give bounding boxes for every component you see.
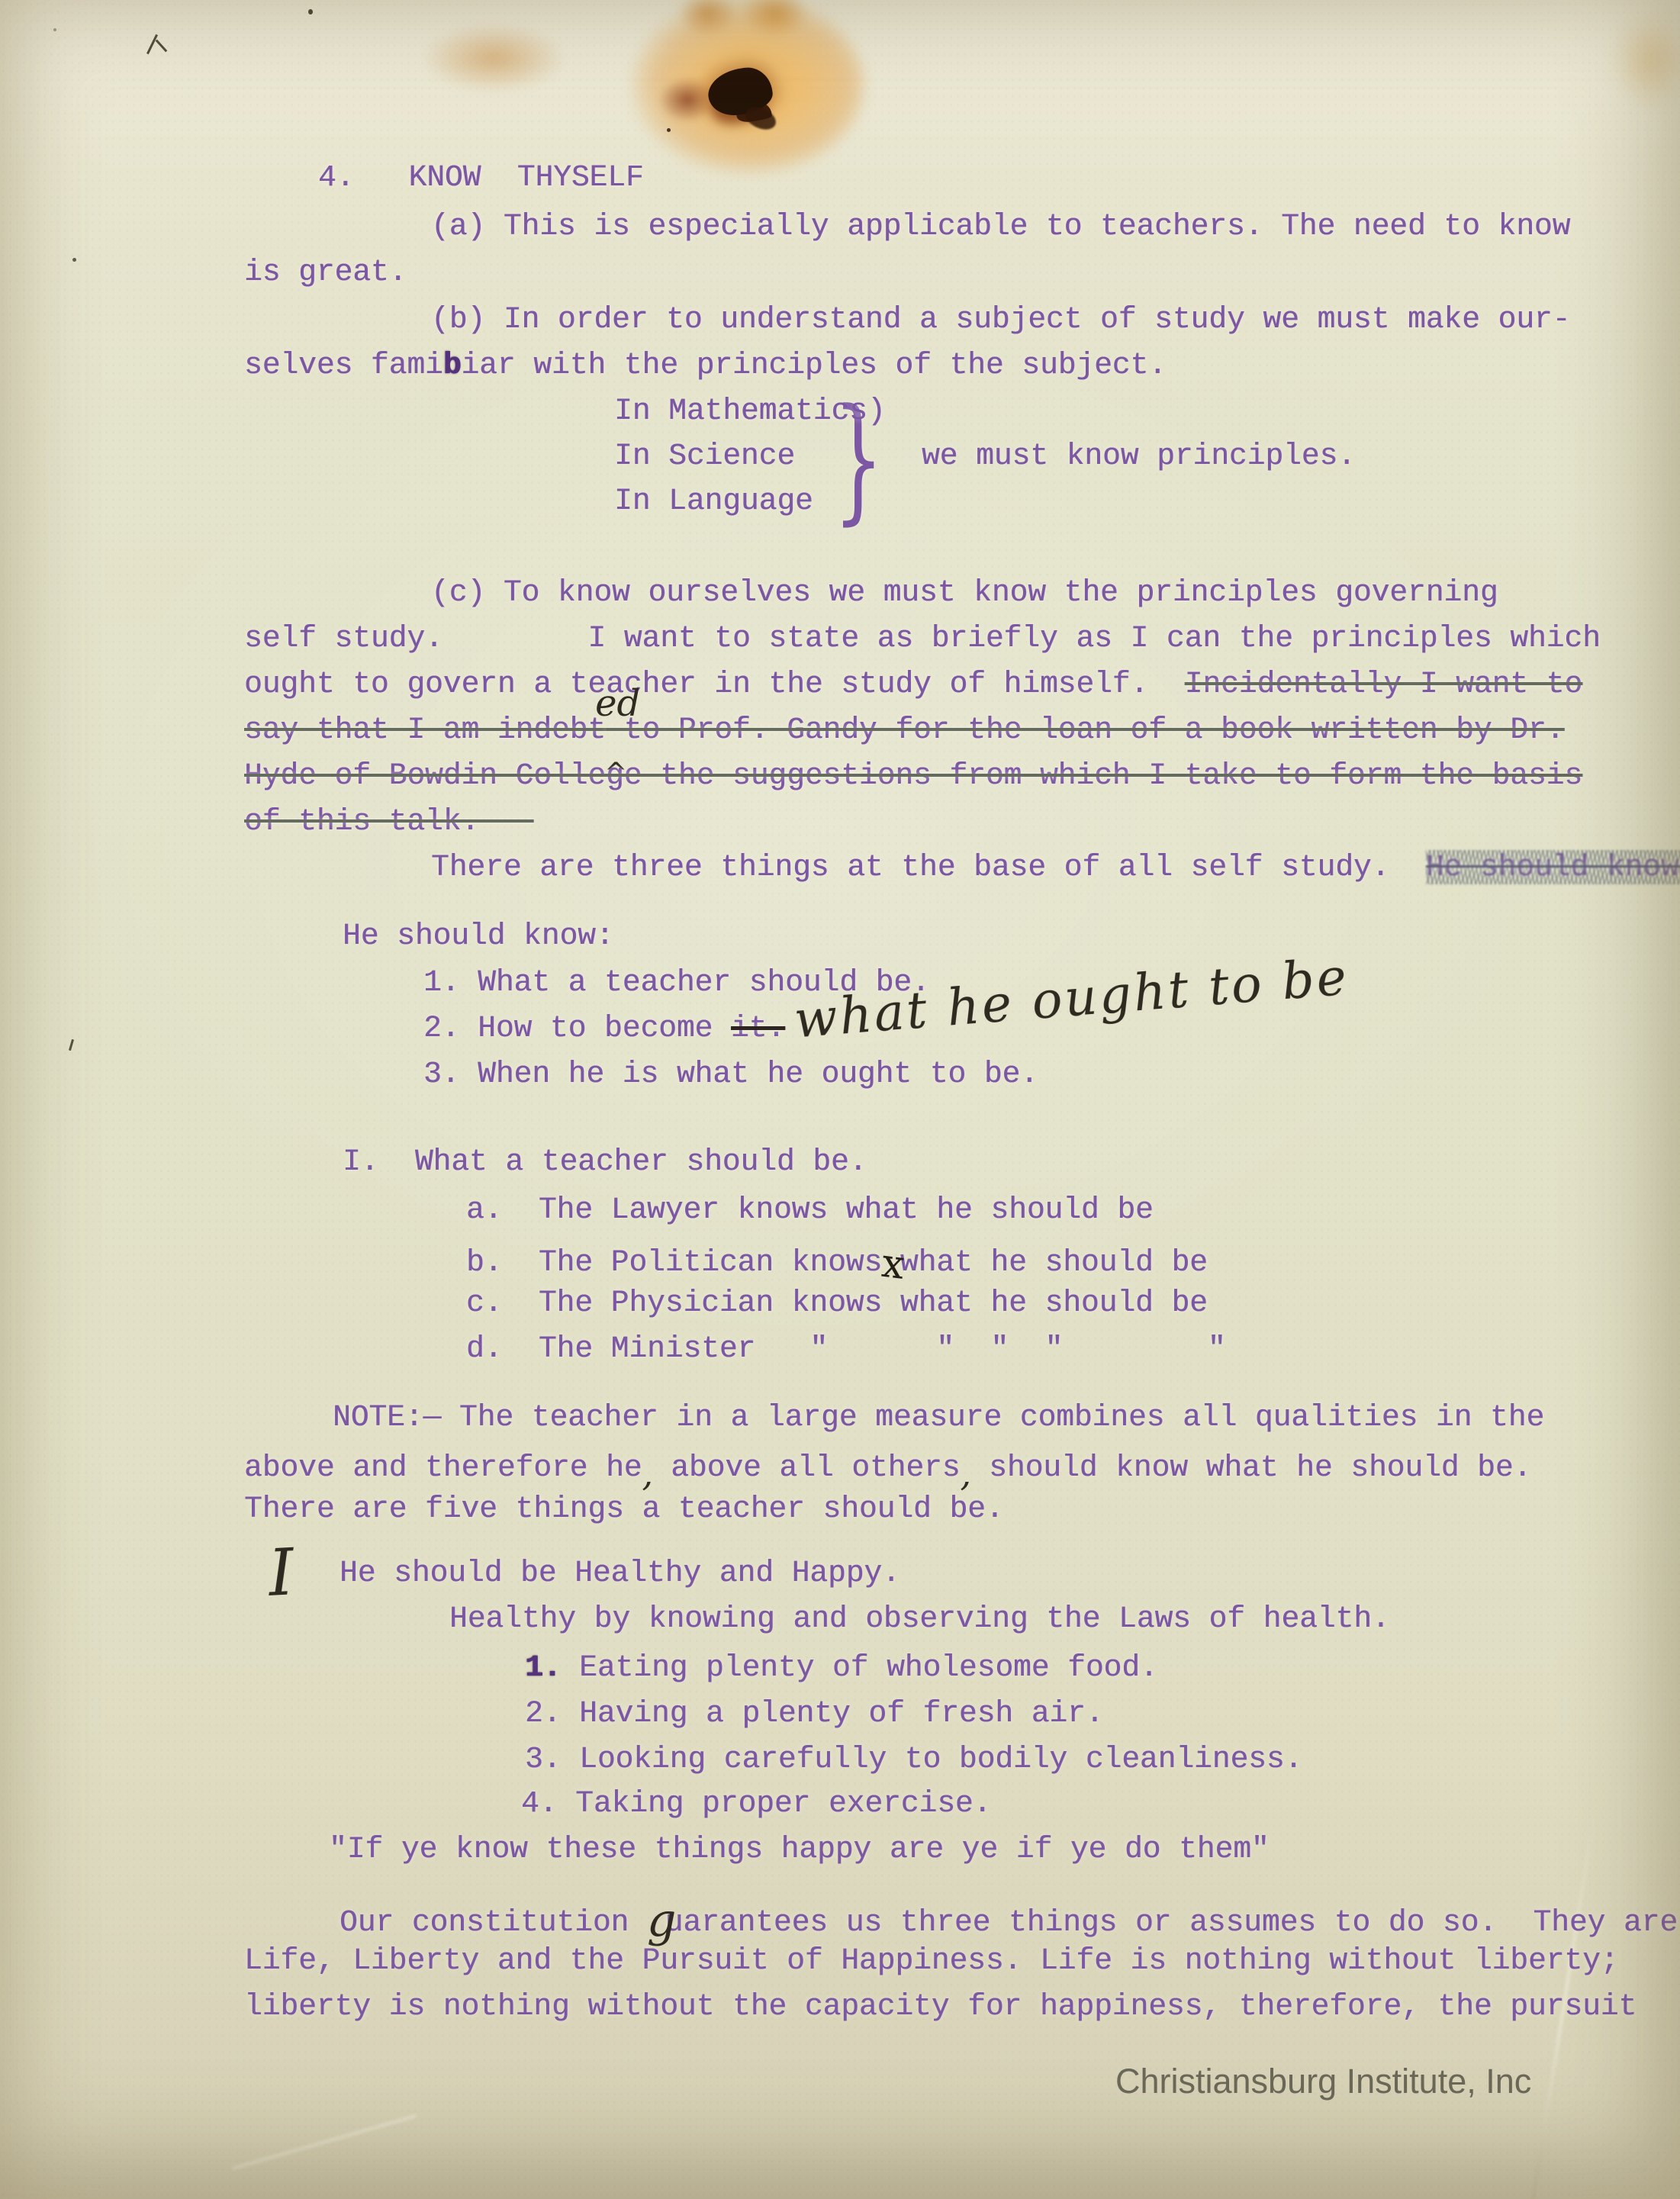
typed-line: (c) To know ourselves we must know the p… bbox=[431, 572, 1498, 613]
typed-line: liberty is nothing without the capacity … bbox=[244, 1986, 1637, 2027]
typed-line: I. What a teacher should be. bbox=[343, 1141, 867, 1183]
typed-line: self study. I want to state as briefly a… bbox=[244, 618, 1601, 659]
typed-text: He should know: bbox=[343, 919, 614, 953]
typed-line: He should be Healthy and Happy. bbox=[340, 1553, 900, 1594]
typed-text: selves fami bbox=[244, 348, 443, 382]
typed-line: 3. When he is what he ought to be. bbox=[423, 1054, 1038, 1095]
typed-line: above and therefore he, above all others… bbox=[244, 1443, 1531, 1489]
burn-stain-halo bbox=[632, 0, 864, 175]
typed-line: 1. Eating plenty of wholesome food. bbox=[525, 1647, 1158, 1689]
rust-stain-blob bbox=[742, 0, 809, 38]
typed-text: (a) This is especially applicable to tea… bbox=[431, 209, 1570, 243]
typed-line: In Language bbox=[614, 481, 813, 522]
typed-line: He should know: bbox=[343, 916, 614, 957]
typed-line: (b) In order to understand a subject of … bbox=[431, 299, 1570, 340]
typed-line: 4. KNOW THYSELF bbox=[318, 157, 644, 198]
typed-text: 3. Looking carefully to bodily cleanline… bbox=[525, 1742, 1302, 1776]
typed-line: c. The Physician knows what he should be bbox=[466, 1283, 1208, 1324]
typed-line: 2. Having a plenty of fresh air. bbox=[525, 1693, 1104, 1734]
typed-line: 3. Looking carefully to bodily cleanline… bbox=[525, 1739, 1302, 1780]
typed-text: d. The Minister " " " " " bbox=[466, 1331, 1226, 1366]
struck-text: of this talk. bbox=[244, 804, 533, 839]
typed-text: 4. KNOW THYSELF bbox=[318, 160, 644, 195]
typed-line: (a) This is especially applicable to tea… bbox=[431, 206, 1570, 247]
typed-line: Healthy by knowing and observing the Law… bbox=[449, 1599, 1390, 1640]
handwritten-comma: , bbox=[642, 1453, 653, 1494]
typed-text: (b) In order to understand a subject of … bbox=[431, 302, 1570, 336]
typed-line: There are five things a teacher should b… bbox=[244, 1489, 1004, 1530]
typed-text: (c) To know ourselves we must know the p… bbox=[431, 575, 1498, 610]
typed-text: Eating plenty of wholesome food. bbox=[561, 1650, 1157, 1685]
typed-text: above and therefore he bbox=[244, 1450, 642, 1485]
typed-text: is great. bbox=[244, 255, 407, 289]
typed-text: 2. How to become bbox=[423, 1011, 731, 1045]
typed-text: iar with the principles of the subject. bbox=[461, 348, 1166, 382]
typed-text: a. The Lawyer knows what he should be bbox=[466, 1193, 1154, 1227]
typed-text: above all others bbox=[653, 1450, 961, 1485]
ink-speck bbox=[72, 258, 76, 262]
edge-stain bbox=[1611, 11, 1680, 110]
typed-text: Healthy by knowing and observing the Law… bbox=[449, 1602, 1390, 1636]
handwritten-roman-numeral-one: I bbox=[266, 1534, 298, 1611]
inserted-text: ed bbox=[595, 683, 640, 724]
typed-line: Life, Liberty and the Pursuit of Happine… bbox=[244, 1940, 1619, 1982]
typed-text: NOTE:— The teacher in a large measure co… bbox=[333, 1400, 1544, 1434]
typed-text: Our constitution bbox=[340, 1905, 647, 1940]
typed-text: 3. When he is what he ought to be. bbox=[423, 1057, 1038, 1091]
typed-text: b. The Politican knows bbox=[466, 1245, 882, 1280]
handwritten-x-mark: x bbox=[880, 1243, 903, 1286]
burn-hole-tail bbox=[742, 103, 780, 134]
ink-speck bbox=[53, 28, 56, 31]
rust-stain-dark bbox=[659, 78, 716, 122]
archive-watermark: Christiansburg Institute, Inc bbox=[1115, 2062, 1531, 2101]
typed-text: ought to govern a teacher in the study o… bbox=[244, 667, 1185, 701]
typed-line: 4. Taking proper exercise. bbox=[521, 1783, 991, 1824]
scanned-document-page: } 4. KNOW THYSELF(a) This is especially … bbox=[0, 0, 1680, 2199]
typed-text: should know what he should be. bbox=[970, 1450, 1531, 1485]
typed-text: liberty is nothing without the capacity … bbox=[244, 1989, 1637, 2024]
struck-text: Hyde of Bowdin College the suggestions f… bbox=[244, 758, 1582, 793]
handwritten-comma: , bbox=[960, 1453, 970, 1494]
typed-text: 2. Having a plenty of fresh air. bbox=[525, 1696, 1104, 1731]
typed-line: 2. How to become it. bbox=[423, 1008, 785, 1049]
typed-line: "If ye know these things happy are ye if… bbox=[329, 1829, 1270, 1870]
ink-speck bbox=[308, 9, 313, 14]
paper-crease bbox=[232, 2115, 416, 2170]
rust-stain-blob bbox=[677, 0, 737, 37]
typed-line: b. The Politican knowsxwhat he should be bbox=[466, 1237, 1208, 1283]
handwritten-letter: g bbox=[647, 1900, 665, 1941]
typed-text: Life, Liberty and the Pursuit of Happine… bbox=[244, 1943, 1619, 1978]
overstruck-text: b bbox=[443, 348, 462, 382]
typed-text: There are three things at the base of al… bbox=[431, 850, 1426, 884]
inked-out-text: it. bbox=[731, 1011, 785, 1045]
typed-line: say that I am indebted^ to Prof. Gandy f… bbox=[244, 710, 1564, 751]
typed-line: In Mathematics) bbox=[614, 391, 886, 432]
pencil-tick bbox=[69, 1039, 74, 1051]
typed-text: He should be Healthy and Happy. bbox=[340, 1556, 900, 1590]
typed-text: In Mathematics) bbox=[614, 394, 886, 428]
rust-stain-small bbox=[423, 24, 565, 92]
typed-text: c. The Physician knows what he should be bbox=[466, 1286, 1208, 1320]
typed-line: Our constitution guarantees us three thi… bbox=[340, 1895, 1678, 1943]
typed-line: ought to govern a teacher in the study o… bbox=[244, 664, 1582, 705]
typed-text: self study. I want to state as briefly a… bbox=[244, 621, 1601, 655]
typed-text: I. What a teacher should be. bbox=[343, 1145, 867, 1179]
typed-line: There are three things at the base of al… bbox=[431, 847, 1680, 888]
typed-line: In Science we must know principles. bbox=[614, 436, 1356, 477]
struck-text: Incidentally I want to bbox=[1185, 667, 1583, 701]
overstruck-text: 1. bbox=[525, 1650, 561, 1685]
ink-speck bbox=[667, 128, 671, 132]
struck-text: say that I am indebt bbox=[244, 713, 606, 747]
typed-line: Hyde of Bowdin College the suggestions f… bbox=[244, 755, 1582, 797]
typed-line: NOTE:— The teacher in a large measure co… bbox=[333, 1397, 1544, 1438]
typed-line: selves famibiar with the principles of t… bbox=[244, 345, 1167, 386]
scribbled-out-text: He should know: bbox=[1426, 850, 1680, 884]
typed-text: what he should be bbox=[900, 1245, 1208, 1280]
struck-text: to Prof. Gandy for the loan of a book wr… bbox=[606, 713, 1564, 747]
pencil-scribble bbox=[146, 34, 158, 54]
typed-text: uarantees us three things or assumes to … bbox=[665, 1905, 1678, 1940]
typed-text: There are five things a teacher should b… bbox=[244, 1492, 1004, 1526]
typed-text: In Language bbox=[614, 484, 813, 518]
pencil-scribble bbox=[156, 40, 168, 53]
typed-line: is great. bbox=[244, 252, 407, 293]
typed-line: a. The Lawyer knows what he should be bbox=[466, 1190, 1154, 1231]
typed-text: "If ye know these things happy are ye if… bbox=[329, 1832, 1270, 1866]
typed-line: of this talk. bbox=[244, 801, 533, 842]
typed-text: In Science we must know principles. bbox=[614, 439, 1356, 473]
typed-line: d. The Minister " " " " " bbox=[466, 1328, 1226, 1370]
typed-text: 4. Taking proper exercise. bbox=[521, 1786, 991, 1821]
burn-hole bbox=[705, 64, 775, 118]
